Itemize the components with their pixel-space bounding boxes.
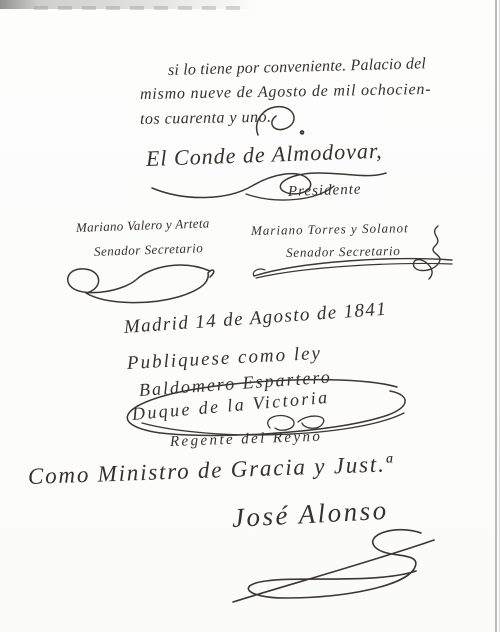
minister-signature: José Alonso bbox=[231, 495, 389, 534]
minister-rubric-flourish bbox=[225, 527, 443, 609]
closing-paragraph-line-3: tos cuarenta y uno. bbox=[140, 109, 272, 129]
president-signature: El Conde de Almodovar, bbox=[146, 138, 383, 172]
president-title: Presidente bbox=[288, 181, 362, 201]
closing-paragraph-line-1: si lo tiene por conveniente. Palacio del bbox=[168, 55, 427, 80]
scan-artifact-right-edge bbox=[495, 0, 497, 632]
secretary-right-signature: Mariano Torres y Solanot bbox=[251, 220, 409, 239]
scanned-document-page: si lo tiene por conveniente. Palacio del… bbox=[0, 0, 500, 632]
secretary-right-title: Senador Secretario bbox=[286, 243, 401, 261]
regent-title-regente: Regente del Reyno bbox=[170, 429, 323, 451]
secretary-left-title: Senador Secretario bbox=[94, 240, 204, 260]
promulgation-place-date: Madrid 14 de Agosto de 1841 bbox=[123, 299, 388, 339]
secretary-left-flourish bbox=[58, 259, 220, 307]
minister-attestation: Como Ministro de Gracia y Just.ª bbox=[28, 451, 395, 490]
closing-paragraph-line-2: mismo nueve de Agosto de mil ochocien- bbox=[140, 81, 432, 104]
secretary-left-signature: Mariano Valero y Arteta bbox=[76, 215, 210, 236]
scan-artifact-top-dashes bbox=[34, 6, 244, 10]
